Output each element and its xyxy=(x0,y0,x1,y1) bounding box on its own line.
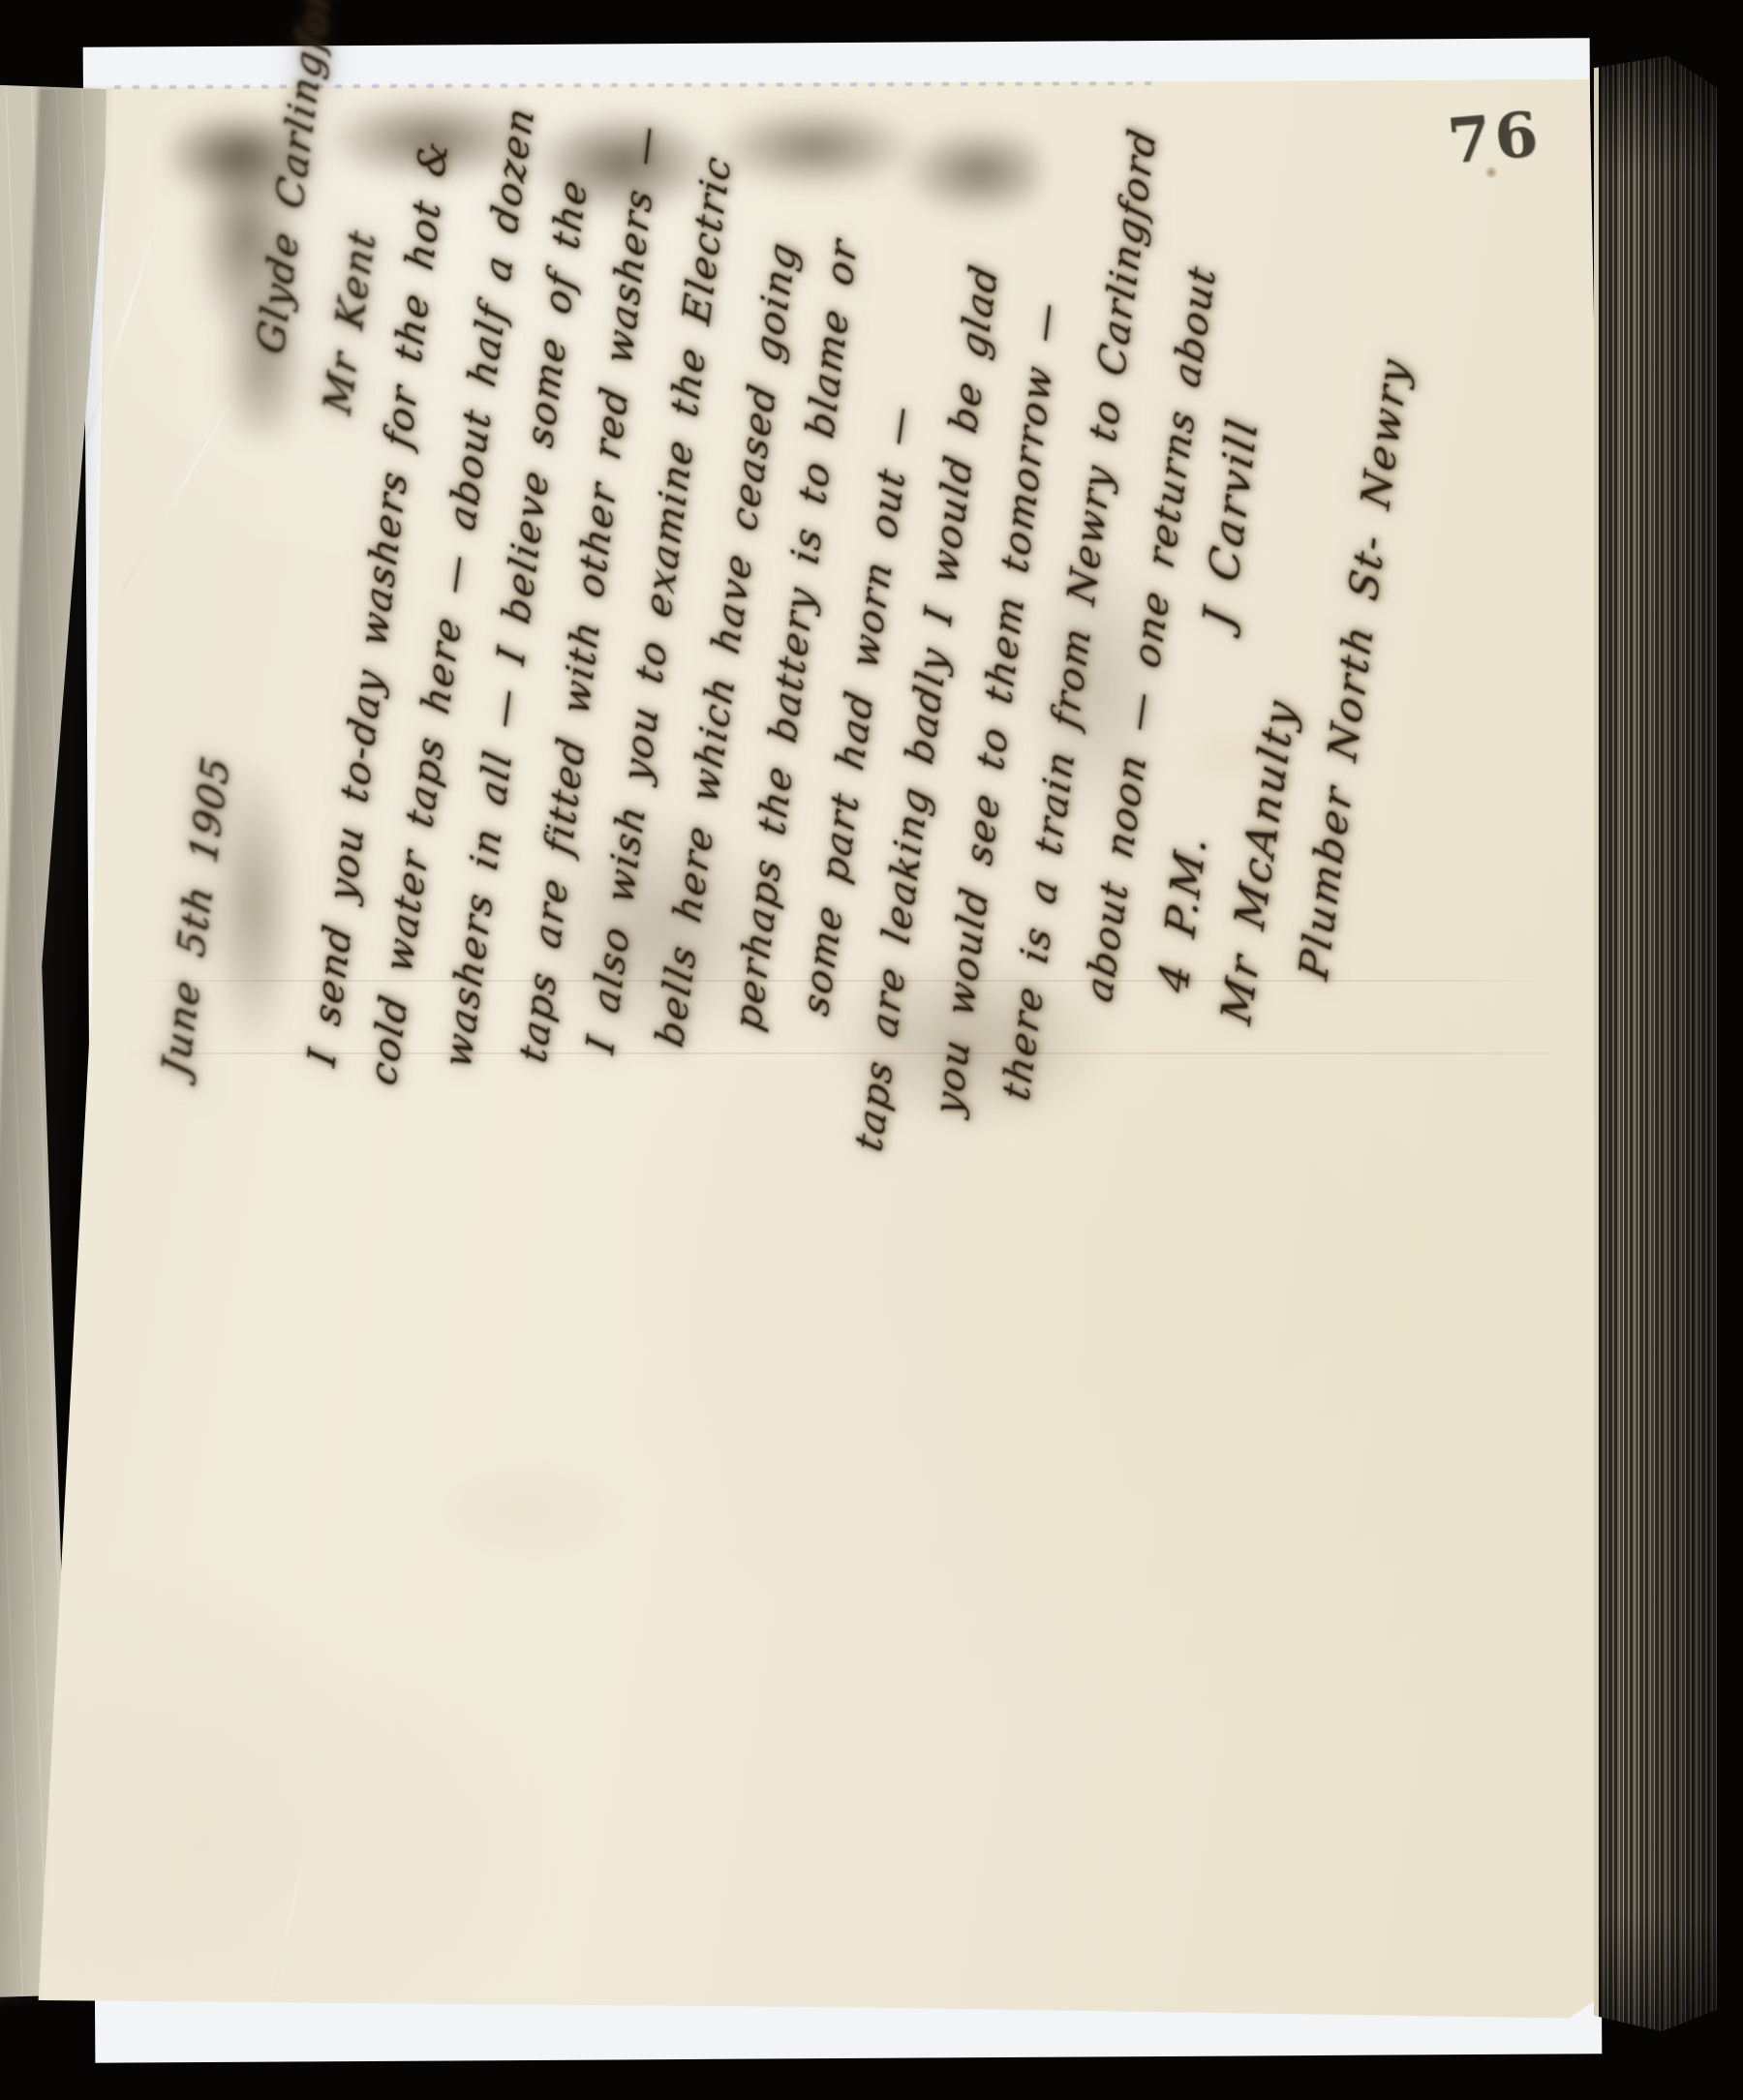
paper-stain xyxy=(416,1452,629,1568)
handwritten-letter: June 5th 1905 Glyde CarlingfordMr KentI … xyxy=(140,15,1454,1225)
book-photograph: June 5th 1905 Glyde CarlingfordMr KentI … xyxy=(0,0,1743,2100)
book-fore-edge xyxy=(1594,56,1717,2031)
page-number-stamp: 76 xyxy=(1445,98,1544,178)
letter-lines: June 5th 1905 Glyde CarlingfordMr KentI … xyxy=(140,15,1454,1225)
